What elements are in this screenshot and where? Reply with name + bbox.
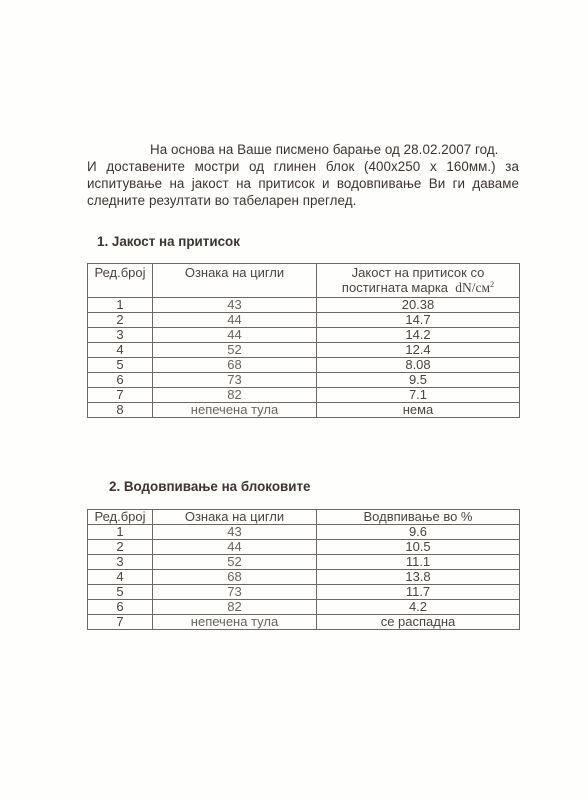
table-row: 46813.8 [88,570,520,585]
cell-value: 9.6 [317,525,520,540]
intro-line-1: На основа на Ваше писмено барање од 28.0… [87,141,519,158]
table-row: 57311.7 [88,585,520,600]
cell-brick-mark: 44 [153,313,317,328]
table-row: 5688.08 [88,358,520,373]
intro-paragraph: На основа на Ваше писмено барање од 28.0… [87,141,519,209]
document-page: На основа на Ваше писмено барање од 28.0… [0,0,588,800]
section-title-compressive-strength: 1. Јакост на притисок [97,234,240,249]
table-header-row: Ред.број Ознака на цигли Јакост на прити… [88,264,520,298]
cell-value: 20.38 [317,298,520,313]
cell-row-number: 1 [88,298,153,313]
cell-value: 14.7 [317,313,520,328]
table-row: 6824.2 [88,600,520,615]
cell-value: 4.2 [317,600,520,615]
intro-line-3: испитување на јакост на притисок и водов… [87,175,519,192]
unit-text: dN/см [455,280,490,295]
table-row: 7827.1 [88,388,520,403]
cell-row-number: 5 [88,585,153,600]
cell-value: 13.8 [317,570,520,585]
table-header-row: Ред.број Ознака на цигли Водвпивање во % [88,510,520,525]
cell-value: 14.2 [317,328,520,343]
cell-brick-mark: непечена тула [153,615,317,630]
cell-value: 8.08 [317,358,520,373]
table-row: 14320.38 [88,298,520,313]
cell-brick-mark: 44 [153,540,317,555]
cell-row-number: 2 [88,540,153,555]
cell-brick-mark: 82 [153,388,317,403]
cell-value: се распадна [317,615,520,630]
header-brick-mark: Ознака на цигли [153,264,317,298]
table-row: 1439.6 [88,525,520,540]
cell-brick-mark: 68 [153,358,317,373]
unit-exponent: 2 [490,280,494,289]
cell-brick-mark: непечена тула [153,403,317,418]
table-row: 34414.2 [88,328,520,343]
header-row-number: Ред.број [88,264,153,298]
table-row: 8непечена туланема [88,403,520,418]
header-compressive-strength: Јакост на притисок со постигната марка d… [317,264,520,298]
cell-row-number: 3 [88,555,153,570]
cell-brick-mark: 44 [153,328,317,343]
table-row: 35211.1 [88,555,520,570]
cell-brick-mark: 52 [153,343,317,358]
cell-value: 7.1 [317,388,520,403]
section-title-water-absorption: 2. Водовпивање на блоковите [109,479,310,494]
cell-value: 11.7 [317,585,520,600]
cell-brick-mark: 68 [153,570,317,585]
cell-value: 10.5 [317,540,520,555]
water-absorption-table: Ред.број Ознака на цигли Водвпивање во %… [87,509,520,630]
cell-brick-mark: 43 [153,298,317,313]
cell-row-number: 4 [88,570,153,585]
table-row: 24410.5 [88,540,520,555]
table-row: 7непечена туласе распадна [88,615,520,630]
cell-brick-mark: 82 [153,600,317,615]
header-water-absorption: Водвпивање во % [317,510,520,525]
cell-value: 9.5 [317,373,520,388]
header-strength-line1: Јакост на притисок со [352,265,485,280]
intro-line-4: следните резултати во табеларен преглед. [87,192,519,209]
cell-brick-mark: 73 [153,373,317,388]
cell-row-number: 7 [88,615,153,630]
cell-brick-mark: 43 [153,525,317,540]
header-brick-mark: Ознака на цигли [153,510,317,525]
cell-row-number: 2 [88,313,153,328]
cell-row-number: 3 [88,328,153,343]
intro-line-2: И доставените мостри од глинен блок (400… [87,158,519,175]
compressive-strength-table: Ред.број Ознака на цигли Јакост на прити… [87,263,520,418]
cell-brick-mark: 73 [153,585,317,600]
cell-brick-mark: 52 [153,555,317,570]
cell-row-number: 6 [88,373,153,388]
table-row: 45212.4 [88,343,520,358]
table-row: 6739.5 [88,373,520,388]
cell-value: 12.4 [317,343,520,358]
table-row: 24414.7 [88,313,520,328]
unit-label: dN/см2 [455,280,494,295]
cell-row-number: 8 [88,403,153,418]
cell-row-number: 1 [88,525,153,540]
cell-value: нема [317,403,520,418]
header-row-number: Ред.број [88,510,153,525]
cell-row-number: 6 [88,600,153,615]
cell-row-number: 5 [88,358,153,373]
cell-row-number: 7 [88,388,153,403]
cell-row-number: 4 [88,343,153,358]
cell-value: 11.1 [317,555,520,570]
header-strength-line2: постигната марка [342,280,448,295]
